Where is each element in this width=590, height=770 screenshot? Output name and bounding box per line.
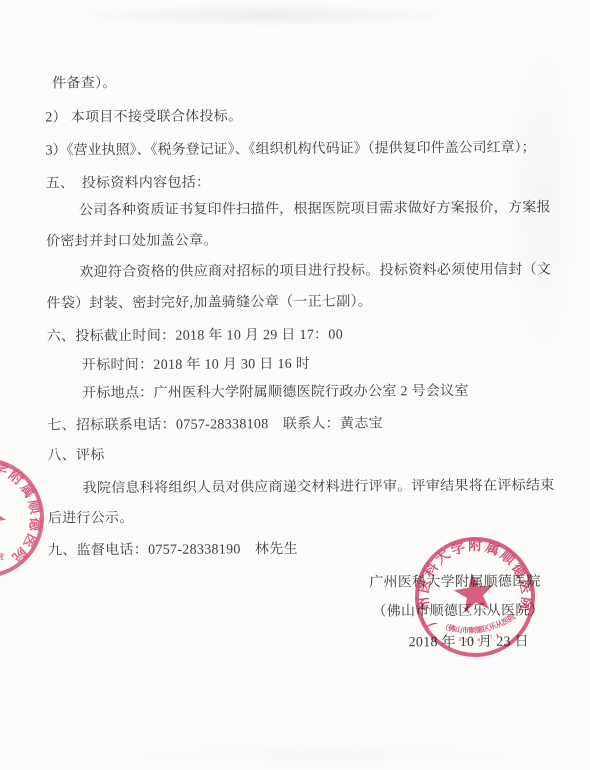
doc-line: 件袋）封装、密封完好,加盖骑缝公章（一正七副）。 [46, 294, 372, 313]
doc-line: 我院信息科将组织人员对供应商递交材料进行评审。评审结果将在评标结束 [83, 477, 555, 497]
doc-line: 3）《营业执照》、《税务登记证》、《组织机构代码证》（提供复印件盖公司红章）； [46, 140, 536, 160]
doc-line: 件备查）。 [52, 75, 117, 92]
doc-line: 2） 本项目不接受联合体投标。 [45, 108, 242, 126]
doc-line: 九、监督电话：0757-28338190 林先生 [48, 541, 298, 560]
doc-line: 六、投标截止时间：2018 年 10 月 29 日 17：00 [47, 327, 343, 346]
star-icon [452, 570, 497, 613]
scanned-document-page: 件备查）。 2） 本项目不接受联合体投标。 3）《营业执照》、《税务登记证》、《… [0, 0, 590, 770]
doc-line: 公司各种资质证书复印件扫描件，根据医院项目需求做好方案报价，方案报 [79, 199, 551, 219]
official-seal-stamp: 广州医科大学附属顺德医院 （佛山市顺德区乐从医院） 2260574 [395, 517, 555, 677]
doc-line: 欢迎符合资格的供应商对招标的项目进行投标。投标资料必须使用信封（文 [79, 261, 551, 281]
doc-line: 开标时间：2018 年 10 月 30 日 16 时 [82, 356, 310, 374]
doc-line: 七、招标联系电话：0757-28338108 联系人：黄志宝 [47, 415, 383, 434]
svg-text:（佛山市顺德区乐从医院）: （佛山市顺德区乐从医院） [395, 517, 519, 646]
partial-seal-stamp: 广州医科大学附属顺德医院 （佛山市顺德区乐从医院） 2260574 [0, 438, 64, 598]
doc-line: 开标地点：广州医科大学附属顺德医院行政办公室 2 号会议室 [82, 383, 469, 402]
seal-inner-text: （佛山市顺德区乐从医院） [395, 517, 519, 646]
doc-line: 五、 投标资料内容包括： [46, 175, 211, 193]
star-icon [0, 487, 13, 540]
doc-line: 价密封并封口处加盖公章。 [46, 232, 218, 250]
